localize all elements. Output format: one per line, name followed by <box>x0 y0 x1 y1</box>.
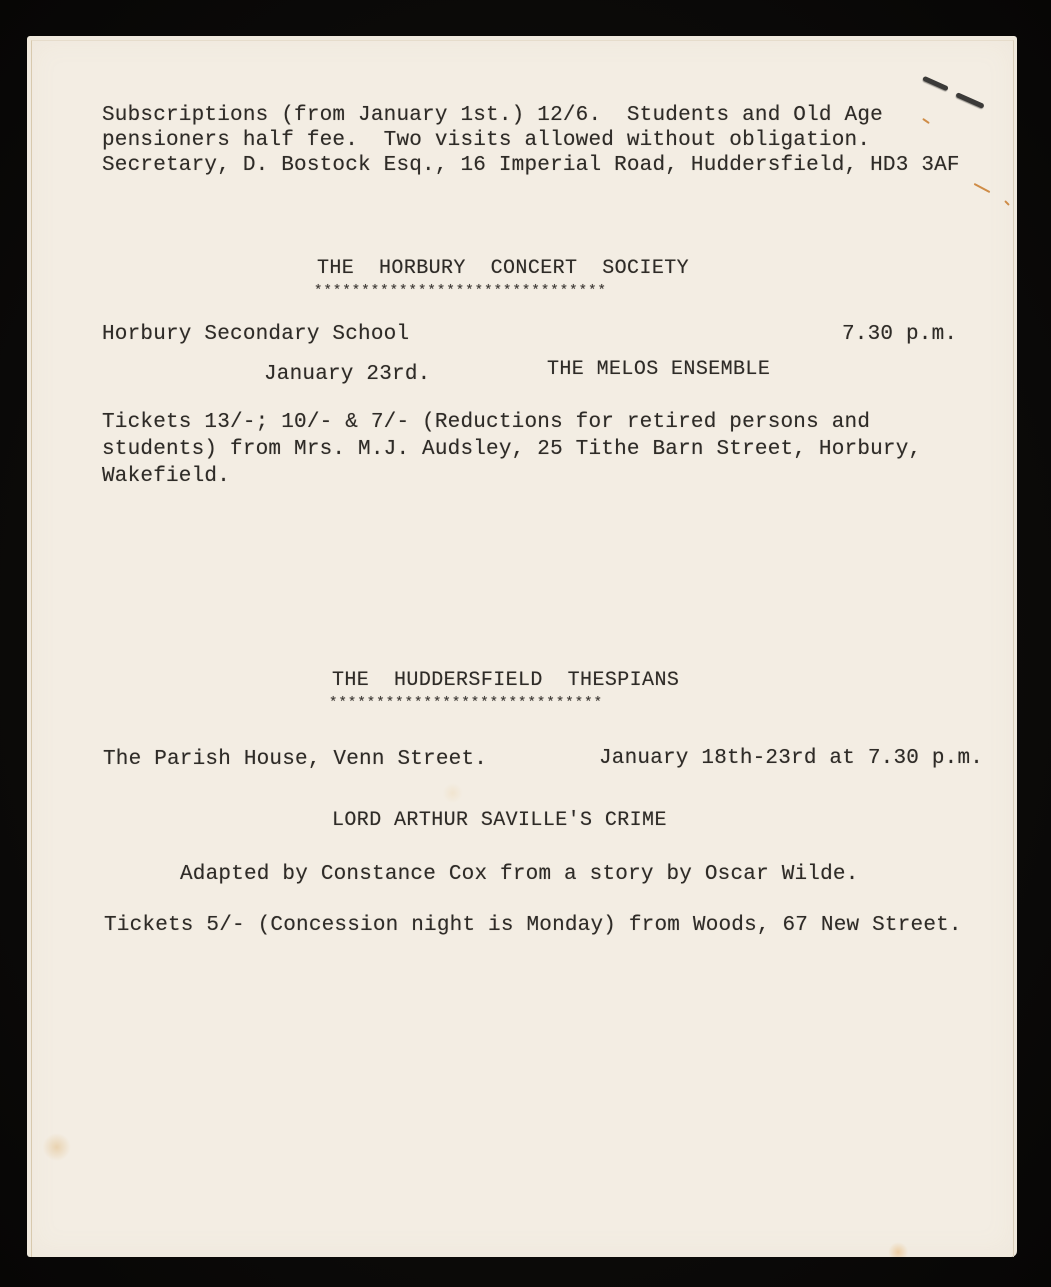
asterisk-underline: ******************************* <box>314 283 607 299</box>
asterisk-underline: ***************************** <box>329 695 603 711</box>
venue: Horbury Secondary School <box>102 322 409 347</box>
section-title: THE HORBURY CONCERT SOCIETY <box>317 256 689 281</box>
tickets-line-2: students) from Mrs. M.J. Audsley, 25 Tit… <box>102 437 921 462</box>
typed-page <box>27 36 1017 1257</box>
tickets-line-1: Tickets 13/-; 10/- & 7/- (Reductions for… <box>102 410 870 435</box>
adaptation-credit: Adapted by Constance Cox from a story by… <box>180 862 859 887</box>
section-title: THE HUDDERSFIELD THESPIANS <box>332 668 679 693</box>
subscriptions-line-1: Subscriptions (from January 1st.) 12/6. … <box>102 103 883 128</box>
tickets-info: Tickets 5/- (Concession night is Monday)… <box>104 913 962 938</box>
tickets-line-3: Wakefield. <box>102 464 230 489</box>
venue: The Parish House, Venn Street. <box>103 747 487 772</box>
play-title: LORD ARTHUR SAVILLE'S CRIME <box>332 808 667 833</box>
event-dates: January 18th-23rd at 7.30 p.m. <box>599 746 983 771</box>
subscriptions-line-3: Secretary, D. Bostock Esq., 16 Imperial … <box>102 153 960 178</box>
event-date: January 23rd. <box>264 362 430 387</box>
subscriptions-line-2: pensioners half fee. Two visits allowed … <box>102 128 870 153</box>
performer: THE MELOS ENSEMBLE <box>547 357 770 382</box>
event-time: 7.30 p.m. <box>842 322 957 347</box>
